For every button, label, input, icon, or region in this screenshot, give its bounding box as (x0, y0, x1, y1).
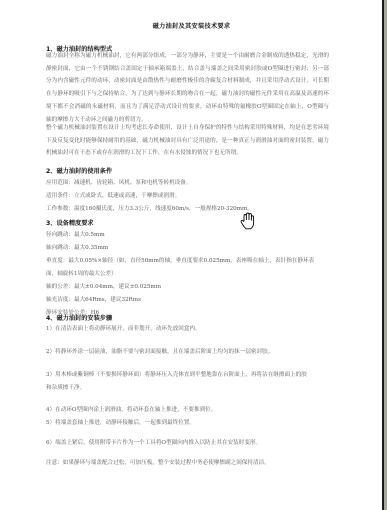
section-3-line: 轴的公差：最大±0.04mm，建议±0.025mm (46, 282, 161, 290)
section-4-heading: 4、磁力油封的安装步骤 (46, 313, 112, 322)
install-step: 和杂质擦干净。 (46, 383, 85, 391)
section-3-line: 轴向跳动：最大0.35mm (46, 243, 108, 251)
section-1-paragraph-1: 磁力油封全称为磁力机械油封，它有两部分组成，一部分为静环，主要是一个由耐磨合金制… (46, 50, 329, 126)
section-2-heading: 2、磁力油封的使用条件 (46, 166, 112, 175)
install-step: 4）在动环O型圈内涂上润滑油，将动环套在轴上推进，不要推到位。 (46, 405, 216, 413)
section-2-line: 工作参数：温度160摄氏度，压力3.3公斤，线速度60m/s，一般规格20-32… (46, 204, 253, 212)
section-3-line: 垂直度：最大0.05%×轴径（如，直径50mm的轴，垂直度要求0.025mm，表… (46, 256, 314, 264)
install-step: 5）将端盖套轴上推进，动静环接触后，一起推到最终位置。 (46, 418, 195, 426)
section-3-line: 面，轴旋转1周的最大公差） (46, 269, 117, 277)
install-step: 2）将静环外涂一层硅油，油脂不要与密封面接触，且在端盖后阶面上均匀的抹一层密封胶… (46, 347, 273, 355)
document-title: 磁力油封及其安装技术要求 (0, 21, 383, 30)
section-2-line: 适用条件：立式或卧式，低速或高速，干摩擦或润滑。 (46, 191, 180, 199)
section-2-line: 应用范围：减速机、齿轮箱、风机、泵和电机等转机设备。 (46, 178, 191, 186)
hand-grab-icon (240, 212, 256, 230)
install-note: 注意：如果静环与端盖配合过松，可加压板，整个安装过程中务必使摩擦副之间保持清洁。 (46, 458, 270, 466)
section-3-line: 径向跳动：最大0.5mm (46, 230, 105, 238)
section-3-heading: 3、设备精度要求 (46, 218, 94, 227)
section-3-line: 轴光洁度：最大64Rms，建议32Rms (46, 295, 141, 303)
install-step: 6）端盖上紧后，使用附带卡片作为一个工具将O型圈向内推入以防止其在安装时变形。 (46, 438, 261, 446)
section-1-paragraph-2: 整个磁力机械油封装置在设计上均考虑长寿命使用，设计上自身保护的特性与结构采用特殊… (46, 122, 329, 160)
document-page: 磁力油封及其安装技术要求 1、磁力油封的结构型式 磁力油封全称为磁力机械油封，它… (0, 0, 383, 510)
install-step: 3）用木棒或紫铜棒（不要损坏静环面）将静环压入壳体直到平整地靠在台阶面上，再将沾… (46, 370, 307, 378)
install-step: 1）在清洁表面上将动静环展开，而非划开，动环先放回盒内。 (46, 324, 201, 332)
